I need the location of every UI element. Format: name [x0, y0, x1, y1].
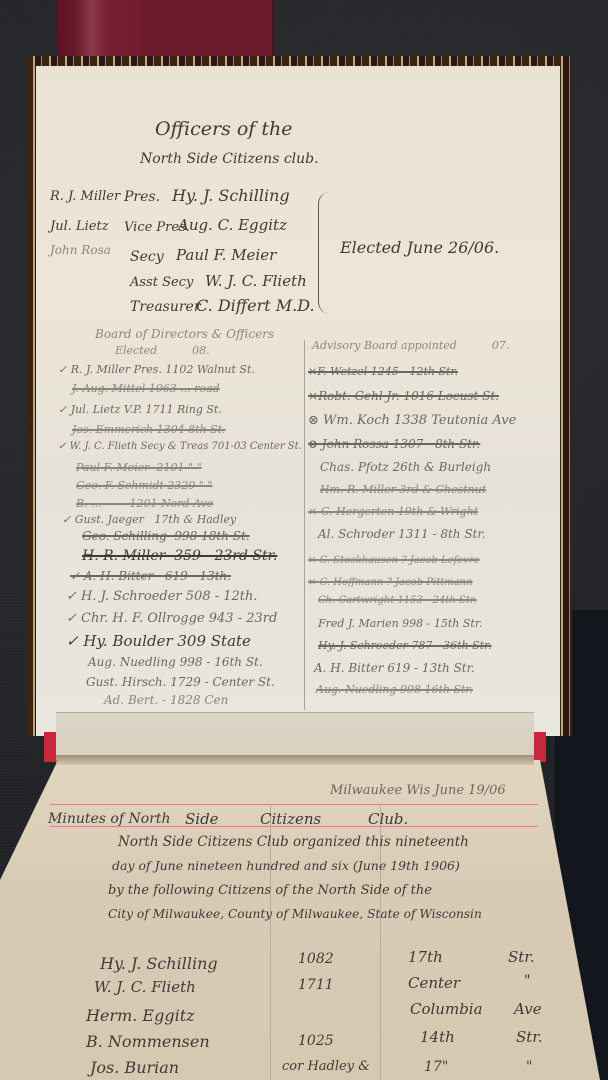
board-entry: ✓ Chr. H. F. Ollrogge 943 - 23rd — [66, 612, 277, 625]
bracket — [318, 192, 336, 314]
red-book-cover — [58, 0, 274, 60]
board-heading: Board of Directors & Officers — [95, 328, 274, 340]
advisory-entry-struck: × G. Hergerten 19th & Wright — [308, 506, 478, 517]
officer-name: Paul F. Meier — [176, 248, 276, 263]
officer-name: Hy. J. Schilling — [172, 188, 290, 204]
member-number: 1025 — [298, 1034, 334, 1048]
heading-word: Minutes of North — [48, 812, 170, 826]
board-entry: ✓ Jul. Lietz V.P. 1711 Ring St. — [58, 404, 222, 415]
board-entry-struck: B. ... 1201 Nord Ave — [76, 498, 213, 509]
page-stub — [56, 712, 534, 760]
advisory-entry-struck: Aug. Nuedling 998 16th Str. — [316, 684, 473, 695]
advisory-entry-struck: ⊗ John Rossa 1307 - 8th Str. — [308, 438, 480, 450]
member-name: Herm. Eggitz — [86, 1008, 195, 1024]
member-street: Center — [408, 976, 460, 991]
advisory-entry: Fred J. Marien 998 - 15th Str. — [318, 618, 482, 629]
officer-former: John Rosa — [50, 244, 111, 256]
board-entry-struck: Jos. Emmerich 1304 8th St. — [72, 424, 226, 435]
officer-name: W. J. C. Flieth — [205, 274, 307, 289]
paragraph-line: by the following Citizens of the North S… — [108, 884, 432, 897]
advisory-entry: ⊗ Wm. Koch 1338 Teutonia Ave — [308, 414, 516, 427]
officer-name: Aug. C. Eggitz — [178, 218, 287, 233]
member-street-suffix: Str. — [508, 950, 535, 965]
heading-word: Citizens — [260, 812, 321, 827]
advisory-entry-struck: Ch. Cartwright 1153 - 24th Str. — [318, 596, 477, 606]
board-entry-struck: Geo. Schilling 998 18th St. — [82, 530, 250, 542]
board-entry: ✓ R. J. Miller Pres. 1102 Walnut St. — [58, 364, 255, 375]
fold-crease — [56, 755, 534, 765]
advisory-entry: Al. Schroder 1311 - 8th Str. — [318, 528, 486, 540]
dateline: Milwaukee Wis June 19/06 — [330, 784, 506, 797]
ledger-rule — [50, 804, 538, 805]
heading-word: Club. — [368, 812, 408, 827]
advisory-entry-struck: ×Robt. Gehl Jr. 1016 Locust St. — [308, 390, 499, 402]
advisory-entry-struck: × C. Hoffmann ? Jacob Pittmann — [308, 578, 473, 588]
advisory-heading: Advisory Board appointed 07. — [312, 340, 509, 351]
member-street-suffix: Ave — [514, 1002, 542, 1017]
member-street-suffix: " — [524, 974, 530, 988]
column-divider — [304, 340, 305, 710]
member-name: W. J. C. Flieth — [94, 980, 196, 995]
officers-title-line1: Officers of the — [155, 120, 293, 139]
officer-former: Jul. Lietz — [50, 220, 109, 233]
red-page-edge-right — [534, 732, 546, 762]
paragraph-line: day of June nineteen hundred and six (Ju… — [112, 860, 460, 873]
board-entry-struck: ✓ A. H. Bitter 619 - 13th. — [70, 570, 231, 582]
elected-note: Elected June 26/06. — [340, 240, 499, 256]
advisory-entry-struck: Hm. R. Miller 3rd & Chestnut — [320, 484, 486, 495]
paragraph-line: North Side Citizens Club organized this … — [118, 836, 469, 850]
member-name: B. Nommensen — [86, 1034, 210, 1050]
member-number: cor Hadley & — [282, 1060, 370, 1073]
officer-former: R. J. Miller — [50, 190, 120, 203]
member-name: Hy. J. Schilling — [100, 956, 218, 972]
member-street: 14th — [420, 1030, 455, 1045]
board-entry: Gust. Hirsch. 1729 - Center St. — [86, 676, 275, 688]
officer-role: Treasurer — [130, 300, 201, 314]
board-entry: ✓ Hy. Boulder 309 State — [66, 634, 251, 649]
member-number: 1711 — [298, 978, 334, 992]
board-entry-struck: Geo. F. Schmidt 2329 " " — [76, 480, 212, 491]
officer-role: Secy — [130, 250, 164, 264]
member-street-suffix: " — [526, 1060, 532, 1074]
board-entry-struck: J. Aug. Mittel 1063 ... road — [72, 383, 220, 394]
heading-word: Side — [185, 812, 219, 827]
officer-role: Pres. — [124, 190, 160, 204]
member-number: 1082 — [298, 952, 334, 966]
officer-name: C. Differt M.D. — [196, 298, 315, 314]
paragraph-line: City of Milwaukee, County of Milwaukee, … — [108, 908, 482, 920]
advisory-entry-struck: × C. Stockhausen ? Jacob Lefevre — [308, 556, 480, 566]
advisory-entry-struck: ×F. Wetzel 1245 - 12th Str. — [308, 366, 458, 377]
board-entry-struck: H. R. Miller 359 - 23rd Str. — [82, 549, 277, 563]
board-entry: ✓ H. J. Schroeder 508 - 12th. — [66, 590, 258, 603]
member-name: Jos. Burian — [90, 1060, 179, 1076]
member-street: 17th — [408, 950, 443, 965]
board-entry: ✓ W. J. C. Flieth Secy & Treas 701-03 Ce… — [58, 442, 302, 452]
board-entry: Ad. Bert. - 1828 Cen — [104, 694, 228, 706]
member-street: Columbia — [410, 1002, 483, 1017]
officer-role: Asst Secy — [130, 276, 193, 289]
officers-title-line2: North Side Citizens club. — [140, 152, 319, 166]
advisory-entry: Chas. Pfotz 26th & Burleigh — [320, 461, 491, 473]
board-entry-struck: Paul F. Meier 2101 " " — [76, 462, 202, 473]
member-street-suffix: Str. — [516, 1030, 543, 1045]
red-page-edge-left — [44, 732, 56, 762]
board-entry: ✓ Gust. Jaeger 17th & Hadley — [62, 514, 236, 525]
advisory-entry-struck: Hy. J. Schroeder 787 - 36th Str. — [318, 640, 492, 651]
board-heading-elected: Elected 08. — [115, 345, 210, 356]
member-street: 17" — [424, 1060, 448, 1074]
board-entry: Aug. Nuedling 998 - 16th St. — [88, 656, 263, 668]
advisory-entry: A. H. Bitter 619 - 13th Str. — [314, 662, 475, 674]
